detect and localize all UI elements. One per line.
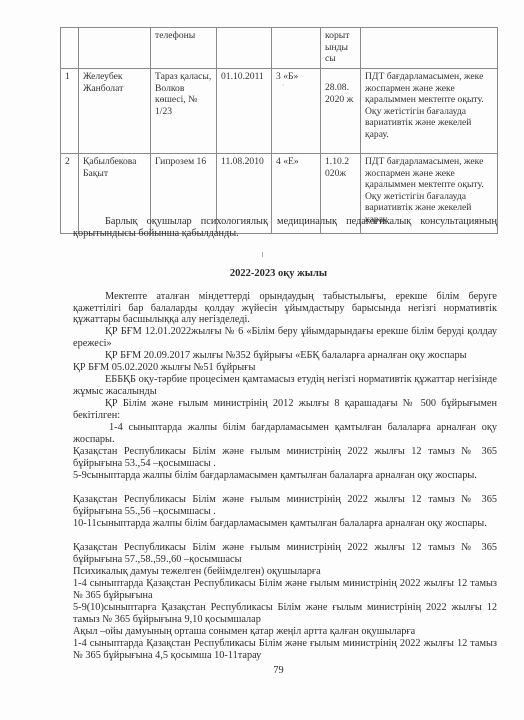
paragraph-6: ҚР Білім және ғылым министрінің 2012 жыл… bbox=[73, 398, 497, 421]
paragraph-4: ҚР БҒМ 05.02.2020 жылғы №51 бұйрығы bbox=[73, 362, 497, 374]
paragraph-2: ҚР БҒМ 12.01.2022жылғы № 6 «Білім беру ұ… bbox=[73, 326, 497, 349]
stray-mark: · bbox=[276, 83, 316, 89]
paragraph-13: Психикалық дамуы тежелген (бейімделген) … bbox=[73, 566, 497, 578]
section-heading: 2022-2023 оқу жылы bbox=[60, 268, 497, 279]
header-cell bbox=[361, 28, 498, 69]
paragraph-1: Мектепте аталған міндеттерді орындаудың … bbox=[73, 291, 497, 326]
table-header-row: телефоны корыт ынды сы bbox=[61, 28, 498, 69]
paragraph-12: Қазақстан Республикасы Білім және ғылым … bbox=[73, 542, 497, 565]
document-page: телефоны корыт ынды сы 1 Желеубек Жанбол… bbox=[0, 0, 524, 720]
header-cell bbox=[61, 28, 79, 69]
student-address: Тараз қаласы, Волков көшесі, № 1/23 bbox=[151, 69, 217, 154]
conclusion-date: 28.08. 2020 ж bbox=[321, 69, 361, 154]
class-cell: 3 «Б»· bbox=[272, 69, 321, 154]
paragraph-7: 1-4 сыныптарда жалпы білім бағдарламасым… bbox=[73, 422, 497, 445]
stray-mark bbox=[262, 252, 263, 257]
program-description: ПДТ бағдарламасымен, жеке жоспармен және… bbox=[361, 69, 498, 154]
birth-date: 01.10.2011 bbox=[217, 69, 272, 154]
row-number: 1 bbox=[61, 69, 79, 154]
paragraph-10: Қазақстан Республикасы Білім және ғылым … bbox=[73, 494, 497, 517]
header-cell bbox=[79, 28, 151, 69]
paragraph-14: 1-4 сыныптарда Қазақстан Республикасы Бі… bbox=[73, 578, 497, 601]
students-table: телефоны корыт ынды сы 1 Желеубек Жанбол… bbox=[60, 27, 498, 234]
table-row: 1 Желеубек Жанболат Тараз қаласы, Волков… bbox=[61, 69, 498, 154]
header-cell-conclusion: корыт ынды сы bbox=[321, 28, 361, 69]
header-cell bbox=[272, 28, 321, 69]
paragraph-11: 10-11сыныптарда жалпы білім бағдарламасы… bbox=[73, 518, 497, 530]
student-class: 3 «Б» bbox=[276, 71, 298, 82]
student-name: Желеубек Жанболат bbox=[79, 69, 151, 154]
paragraph-5: ЕББҚБ оқу-тәрбие процесімен қамтамасыз е… bbox=[73, 374, 497, 397]
intro-paragraph: Барлық оқушылар психологиялық медициналы… bbox=[73, 216, 497, 239]
page-number: 79 bbox=[60, 665, 497, 676]
header-cell-phone: телефоны bbox=[151, 28, 217, 69]
paragraph-16: Ақыл –ойы дамуының орташа сонымен қатар … bbox=[73, 626, 497, 638]
paragraph-3: ҚР БҒМ 20.09.2017 жылғы №352 бұйрығы «ЕБ… bbox=[73, 350, 497, 362]
header-cell bbox=[217, 28, 272, 69]
paragraph-8: Қазақстан Республикасы Білім және ғылым … bbox=[73, 446, 497, 469]
paragraph-15: 5-9(10)сыныптарға Қазақстан Республикасы… bbox=[73, 602, 497, 625]
paragraph-9: 5-9сыныптарда жалпы білім бағдарламасыме… bbox=[73, 470, 497, 482]
paragraph-17: 1-4 сыныптарда Қазақстан Республикасы Бі… bbox=[73, 638, 497, 661]
